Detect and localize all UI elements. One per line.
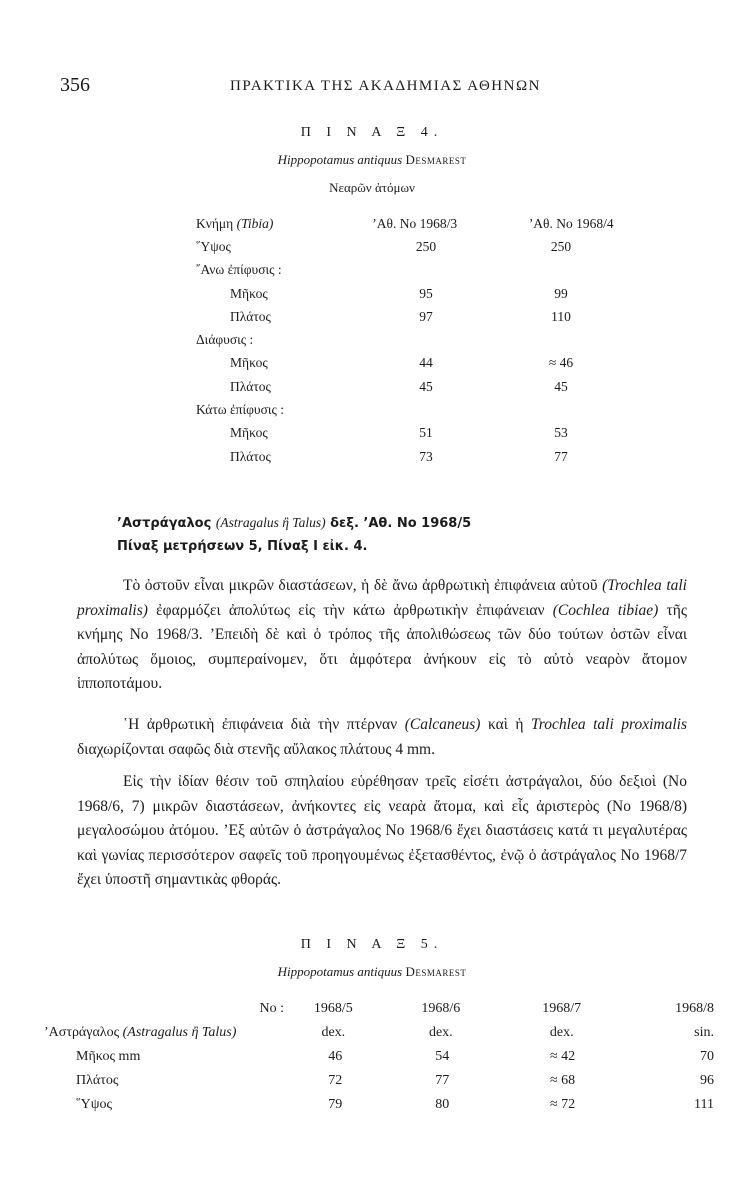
latin-term: (Cochlea tibiae) (553, 602, 659, 619)
table5-species: Hippopotamus antiquus Desmarest (0, 964, 744, 980)
text-run: διαχωρίζονται σαφῶς διὰ στενῆς αὔλακος π… (77, 741, 435, 758)
row-label: Πλάτος (196, 379, 366, 395)
side-value: dex. (284, 1025, 383, 1041)
species-name: Hippopotamus antiquus (278, 152, 403, 167)
value-1968-4: 77 (486, 449, 636, 465)
table-row: ῎Ανω ἐπίφυσις : (196, 259, 656, 282)
side-label-text: ’Αστράγαλος (44, 1025, 119, 1040)
side-value: dex. (383, 1025, 499, 1041)
value-1968-4: 99 (486, 286, 636, 302)
side-value: dex. (499, 1025, 624, 1041)
value-1968-4: 250 (486, 239, 636, 255)
latin-term: Trochlea tali proximalis (531, 716, 687, 733)
species-author: Desmarest (405, 152, 466, 167)
value-1968-4: 110 (486, 309, 636, 325)
table4-header-label: Κνήμη (Tibia) (196, 216, 362, 232)
col-header: 1968/6 (383, 1001, 499, 1017)
table4-title: Π Ι Ν Α Ξ 4. (0, 125, 744, 141)
cell-value: 80 (384, 1097, 500, 1113)
col-header: 1968/7 (499, 1001, 624, 1017)
value-1968-3: 73 (366, 449, 486, 465)
row-label: Μῆκος mm (44, 1049, 286, 1065)
value-1968-3: 95 (366, 286, 486, 302)
text-run: ἐφαρμόζει ἀπολύτως εἰς τὴν κάτω ἀρθρωτικ… (148, 602, 553, 619)
value-1968-3: 44 (366, 355, 486, 371)
row-label: ῞Υψος (44, 1097, 286, 1113)
latin-term: (Calcaneus) (405, 716, 481, 733)
header-label-text: Κνήμη (196, 216, 233, 231)
species-name: Hippopotamus antiquus (278, 964, 403, 979)
value-1968-4: 53 (486, 425, 636, 441)
paragraph-1: Τὸ ὀστοῦν εἶναι μικρῶν διαστάσεων, ἡ δὲ … (77, 574, 687, 697)
page-number: 356 (60, 74, 90, 97)
cell-value: ≈ 42 (500, 1049, 625, 1065)
table-row: ’Αστράγαλος (Astragalus ἢ Talus) dex. de… (44, 1021, 714, 1045)
table4-col1-header: ’Αθ. Νο 1968/3 (362, 216, 529, 232)
table-row: Πλάτος 45 45 (196, 375, 656, 398)
heading-specimen: δεξ. ’Αθ. Νο 1968/5 (330, 516, 471, 531)
row-label: Μῆκος (196, 425, 366, 441)
row-group-label: Κάτω ἐπίφυσις : (196, 402, 366, 418)
row-label: Μῆκος (196, 355, 366, 371)
table-row: ῞Υψος 79 80 ≈ 72 111 (44, 1093, 714, 1117)
section-heading-line2: Πίναξ μετρήσεων 5, Πίναξ I εἰκ. 4. (117, 539, 367, 554)
row-label: Μῆκος (196, 286, 366, 302)
row-group-label: Διάφυσις : (196, 332, 366, 348)
table4-col2-header: ’Αθ. Νο 1968/4 (529, 216, 656, 232)
no-label: Νο : (44, 1001, 284, 1017)
table-row: Πλάτος 73 77 (196, 445, 656, 468)
value-1968-4: ≈ 46 (486, 355, 636, 371)
table4-species: Hippopotamus antiquus Desmarest (0, 152, 744, 168)
paragraph-3: Εἰς τὴν ἰδίαν θέσιν τοῦ σπηλαίου εὑρέθησ… (77, 770, 687, 893)
table-row: Πλάτος 97 110 (196, 305, 656, 328)
cell-value: ≈ 68 (500, 1073, 625, 1089)
table-row: Πλάτος 72 77 ≈ 68 96 (44, 1069, 714, 1093)
table4-subtitle: Νεαρῶν ἀτόμων (0, 180, 744, 196)
row-label: Πλάτος (196, 449, 366, 465)
table5-title: Π Ι Ν Α Ξ 5. (0, 937, 744, 953)
heading-latin: (Astragalus ἢ Talus) (216, 515, 326, 530)
row-group-label: ῎Ανω ἐπίφυσις : (196, 262, 366, 278)
cell-value: 111 (625, 1097, 714, 1113)
table5-header-row: Νο : 1968/5 1968/6 1968/7 1968/8 (44, 997, 714, 1021)
col-header: 1968/5 (284, 1001, 383, 1017)
cell-value: ≈ 72 (500, 1097, 625, 1113)
side-label: ’Αστράγαλος (Astragalus ἢ Talus) (44, 1025, 284, 1041)
table-row: Κάτω ἐπίφυσις : (196, 398, 656, 421)
section-heading-line1: ’Αστράγαλος (Astragalus ἢ Talus) δεξ. ’Α… (117, 515, 471, 531)
cell-value: 77 (384, 1073, 500, 1089)
table4-header-row: Κνήμη (Tibia) ’Αθ. Νο 1968/3 ’Αθ. Νο 196… (196, 212, 656, 235)
table-row: Μῆκος 51 53 (196, 422, 656, 445)
table4: Κνήμη (Tibia) ’Αθ. Νο 1968/3 ’Αθ. Νο 196… (196, 212, 656, 468)
value-1968-3: 97 (366, 309, 486, 325)
table-row: Μῆκος 44 ≈ 46 (196, 352, 656, 375)
col-header: 1968/8 (624, 1001, 714, 1017)
row-label: ῞Υψος (196, 239, 366, 255)
cell-value: 70 (625, 1049, 714, 1065)
side-value: sin. (624, 1025, 714, 1041)
value-1968-3: 51 (366, 425, 486, 441)
row-label: Πλάτος (44, 1073, 286, 1089)
cell-value: 96 (625, 1073, 714, 1089)
running-title: ΠΡΑΚΤΙΚΑ ΤΗΣ ΑΚΑΔΗΜΙΑΣ ΑΘΗΝΩΝ (230, 78, 541, 95)
value-1968-3: 45 (366, 379, 486, 395)
table5: Νο : 1968/5 1968/6 1968/7 1968/8 ’Αστράγ… (44, 997, 714, 1117)
text-run: Εἰς τὴν ἰδίαν θέσιν τοῦ σπηλαίου εὑρέθησ… (77, 773, 687, 888)
table-row: ῞Υψος 250 250 (196, 235, 656, 258)
table-row: Διάφυσις : (196, 328, 656, 351)
table-row: Μῆκος 95 99 (196, 282, 656, 305)
table-row: Μῆκος mm 46 54 ≈ 42 70 (44, 1045, 714, 1069)
text-run: καὶ ἡ (480, 716, 531, 733)
text-run: ῾Η ἀρθρωτικὴ ἐπιφάνεια διὰ τὴν πτέρναν (123, 716, 405, 733)
side-label-latin: (Astragalus ἢ Talus) (123, 1025, 237, 1040)
value-1968-3: 250 (366, 239, 486, 255)
cell-value: 79 (286, 1097, 384, 1113)
row-label: Πλάτος (196, 309, 366, 325)
cell-value: 54 (384, 1049, 500, 1065)
heading-term: ’Αστράγαλος (117, 516, 211, 531)
paragraph-2: ῾Η ἀρθρωτικὴ ἐπιφάνεια διὰ τὴν πτέρναν (… (77, 713, 687, 762)
cell-value: 72 (286, 1073, 384, 1089)
species-author: Desmarest (405, 964, 466, 979)
text-run: Τὸ ὀστοῦν εἶναι μικρῶν διαστάσεων, ἡ δὲ … (123, 577, 602, 594)
value-1968-4: 45 (486, 379, 636, 395)
cell-value: 46 (286, 1049, 384, 1065)
header-label-latin: (Tibia) (237, 216, 274, 231)
